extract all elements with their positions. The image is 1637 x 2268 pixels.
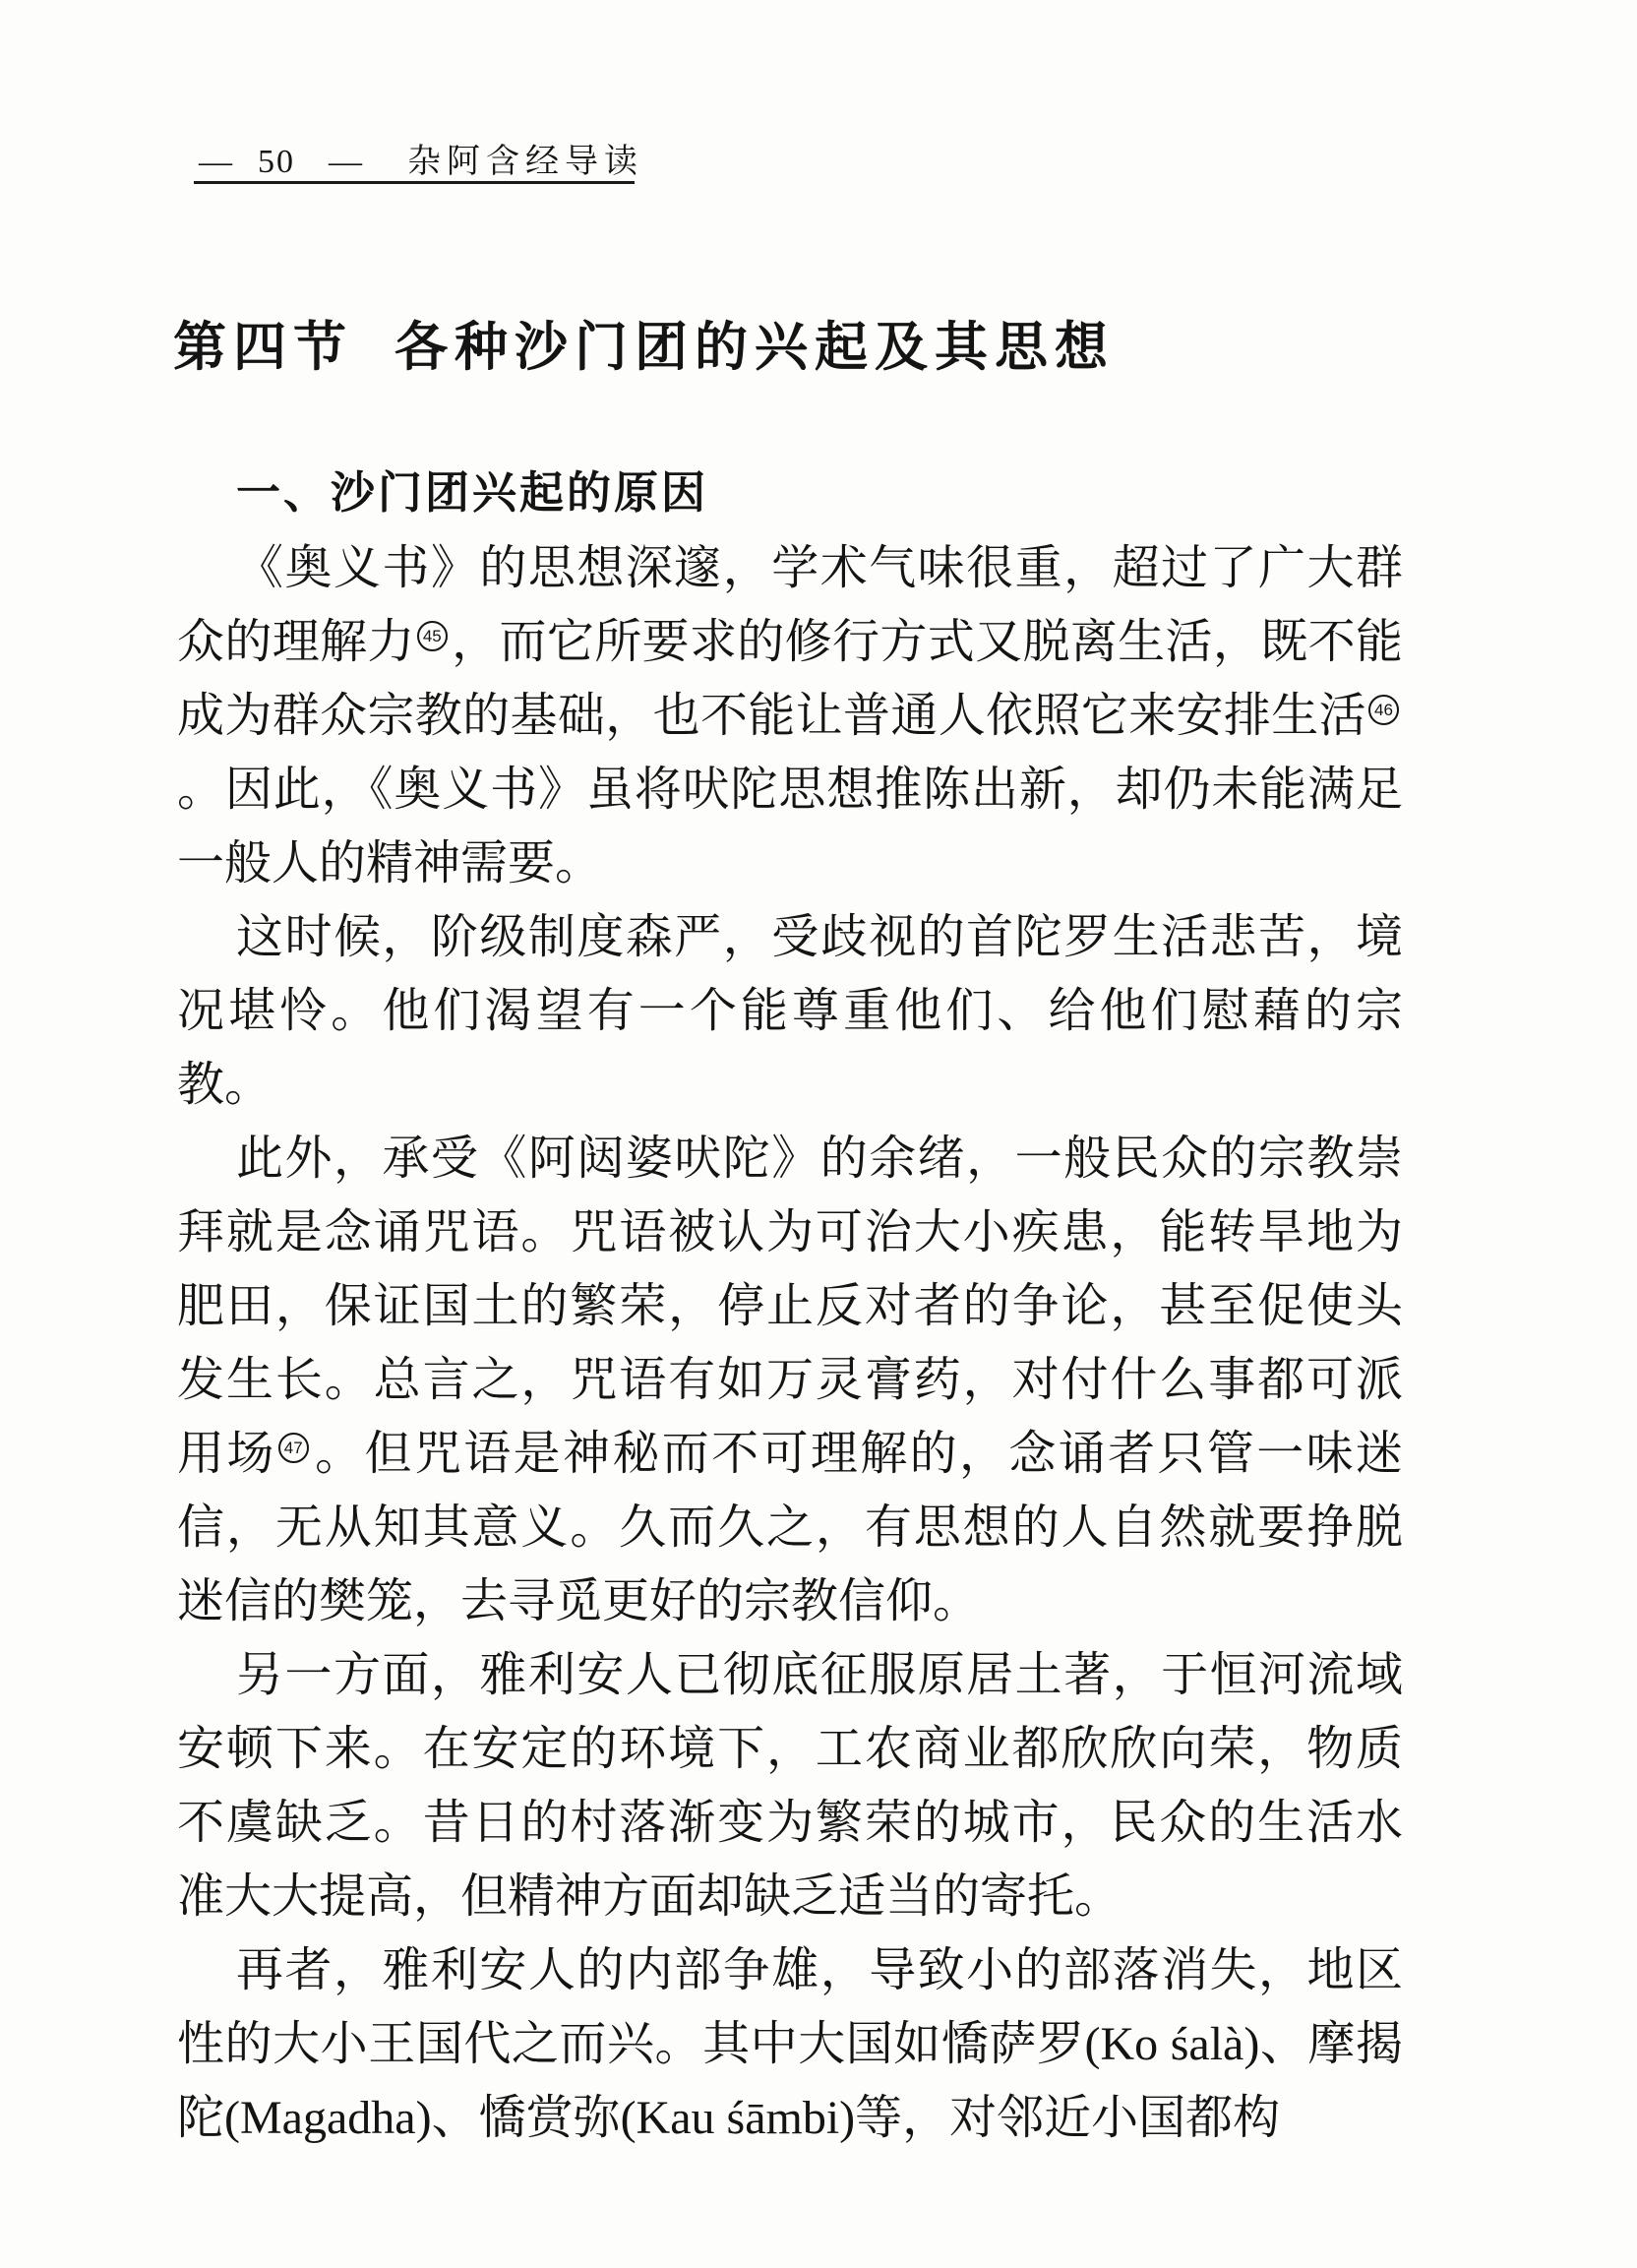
footnote-marker: 46 [1368, 695, 1399, 725]
paragraph: 此外，承受《阿闼婆吠陀》的余绪，一般民众的宗教崇拜就是念诵咒语。咒语被认为可治大… [177, 1122, 1403, 1638]
header-dash-left: — [199, 144, 232, 181]
running-book-title: 杂阿含经导读 [407, 134, 643, 182]
text-run: 另一方面，雅利安人已彻底征服原居土著，于恒河流域安顿下来。在安定的环境下，工农商… [177, 1649, 1403, 1923]
body-text: 《奥义书》的思想深邃，学术气味很重，超过了广大群众的理解力45，而它所要求的修行… [177, 531, 1403, 2155]
paragraph: 《奥义书》的思想深邃，学术气味很重，超过了广大群众的理解力45，而它所要求的修行… [177, 531, 1403, 900]
page-number: 50 [258, 144, 295, 181]
subsection-title: 一、沙门团兴起的原因 [236, 457, 708, 521]
header-rule [194, 181, 635, 184]
section-title-text: 各种沙门团的兴起及其思想 [394, 318, 1115, 377]
header-dash-right: — [329, 144, 362, 181]
book-page: — 50 — 杂阿含经导读 第四节各种沙门团的兴起及其思想 一、沙门团兴起的原因… [0, 0, 1637, 2268]
text-run: 这时候，阶级制度森严，受歧视的首陀罗生活悲苦，境况堪怜。他们渴望有一个能尊重他们… [177, 911, 1403, 1111]
footnote-marker: 45 [417, 621, 448, 651]
paragraph: 这时候，阶级制度森严，受歧视的首陀罗生活悲苦，境况堪怜。他们渴望有一个能尊重他们… [177, 900, 1403, 1122]
paragraph: 另一方面，雅利安人已彻底征服原居土著，于恒河流域安顿下来。在安定的环境下，工农商… [177, 1638, 1403, 1933]
section-title: 第四节各种沙门团的兴起及其思想 [173, 305, 1115, 381]
footnote-marker: 47 [278, 1433, 309, 1463]
paragraph: 再者，雅利安人的内部争雄，导致小的部落消失，地区性的大小王国代之而兴。其中大国如… [177, 1933, 1403, 2155]
section-number: 第四节 [173, 318, 353, 377]
text-run: 再者，雅利安人的内部争雄，导致小的部落消失，地区性的大小王国代之而兴。其中大国如… [177, 1944, 1403, 2144]
page-header: — 50 — 杂阿含经导读 [199, 134, 643, 182]
text-run: 。但咒语是神秘而不可理解的，念诵者只管一味迷信，无从知其意义。久而久之，有思想的… [177, 1428, 1403, 1627]
text-run: 。因此，《奥义书》虽将吠陀思想推陈出新，却仍未能满足一般人的精神需要。 [177, 764, 1403, 889]
